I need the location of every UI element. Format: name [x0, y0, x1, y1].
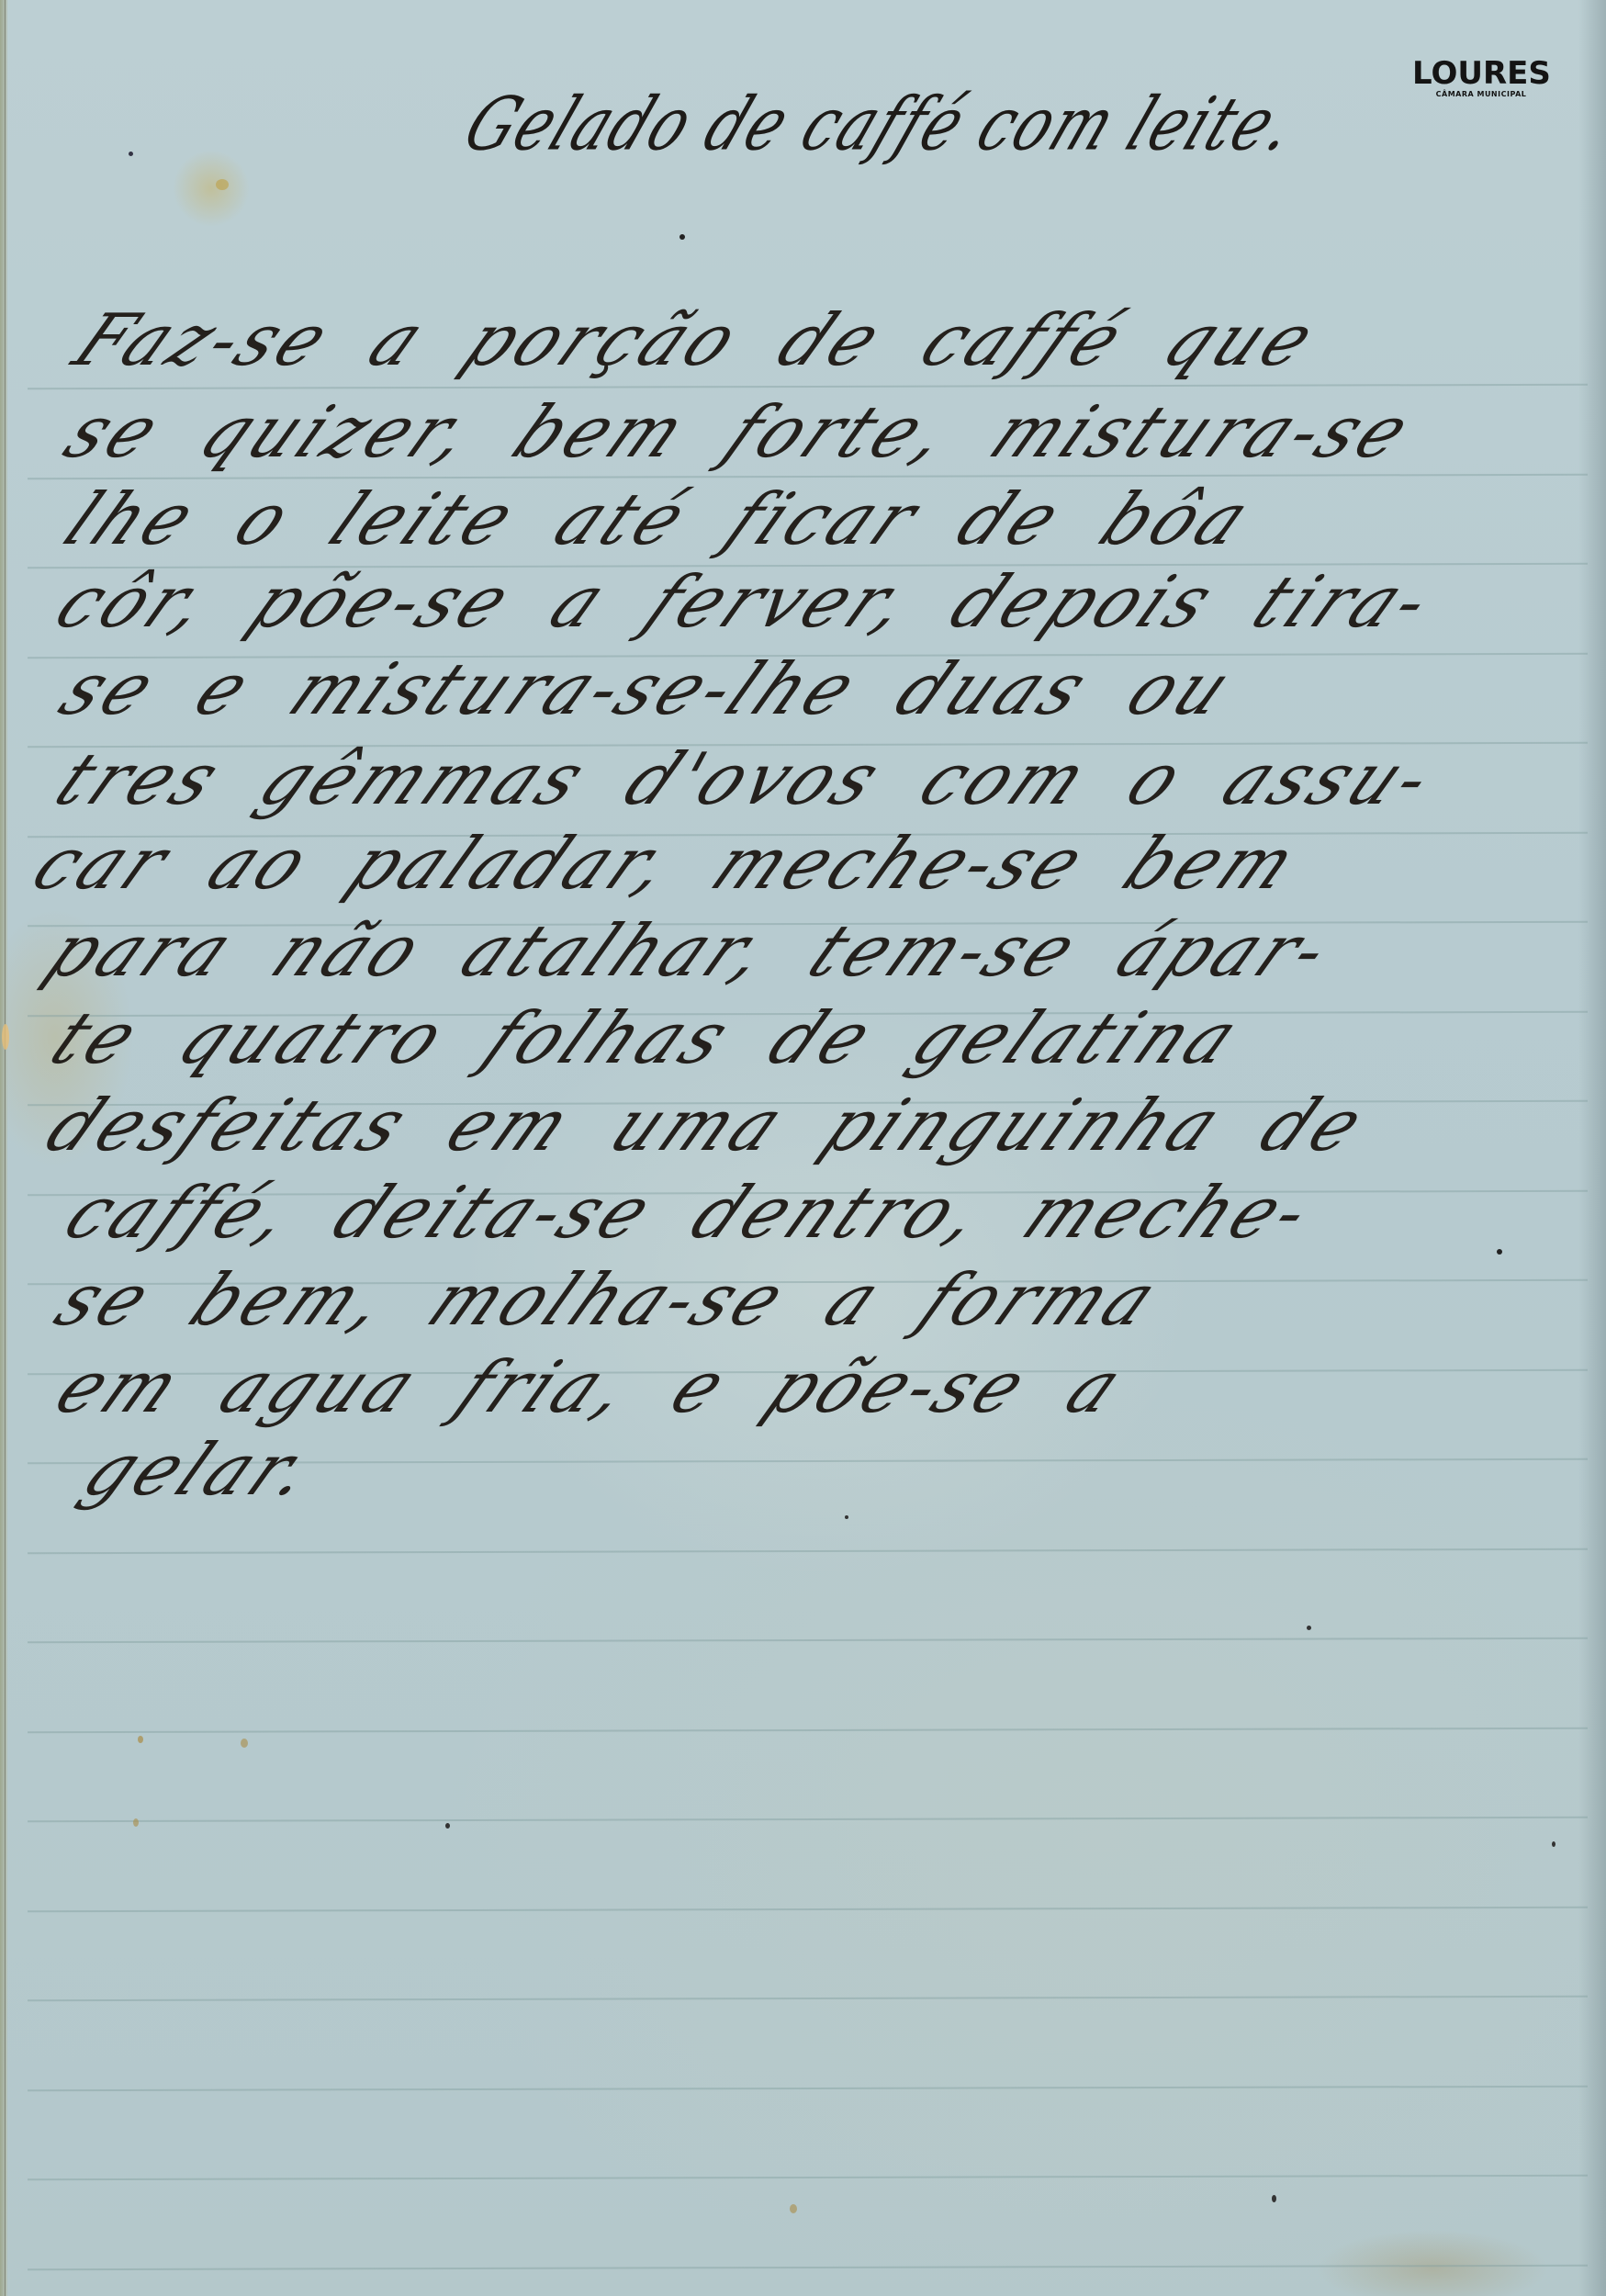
- ruled-line: [28, 384, 1588, 389]
- paper-speck: [845, 1515, 848, 1519]
- ruled-line: [28, 1907, 1588, 1912]
- paper-speck: [1272, 2195, 1276, 2202]
- ruled-line: [28, 1996, 1588, 2001]
- body-line-1: Faz-se a porção de caffé que: [60, 299, 1333, 382]
- ruled-line: [28, 1548, 1588, 1554]
- ruled-line: [28, 2265, 1588, 2270]
- edge-mark: [2, 1024, 9, 1050]
- paper-speck: [1552, 1841, 1555, 1847]
- paper-speck: [445, 1823, 450, 1829]
- paper-stain: [133, 1818, 139, 1827]
- body-line-7: car ao paladar, meche-se bem: [18, 823, 1315, 906]
- ruled-line: [28, 1728, 1588, 1733]
- ruled-line: [28, 1638, 1588, 1643]
- recipe-title: Gelado de caffé com leite.: [453, 83, 1240, 168]
- body-line-8: para não atalhar, tem-se ápar-: [32, 910, 1349, 993]
- body-line-11: caffé, deita-se dentro, meche-: [51, 1172, 1331, 1255]
- paper-speck: [129, 152, 133, 156]
- logo-wordmark: LOURES: [1412, 57, 1550, 90]
- ruled-line: [28, 2086, 1588, 2091]
- body-line-14: gelar.: [69, 1429, 333, 1512]
- ruled-line: [28, 2175, 1588, 2180]
- paper-stain: [216, 179, 229, 190]
- manuscript-page: LOURES CÂMARA MUNICIPAL Gelado de caffé …: [0, 0, 1606, 2296]
- page-binding-edge: [0, 0, 7, 2296]
- body-line-9: te quatro folhas de gelatina: [37, 997, 1257, 1080]
- body-line-5: se e mistura-se-lhe duas ou: [46, 648, 1251, 731]
- page-right-shadow: [1578, 0, 1606, 2296]
- paper-stain: [138, 1736, 143, 1743]
- body-line-10: desfeitas em uma pinguinha de: [32, 1085, 1383, 1167]
- ruled-line: [28, 1817, 1588, 1822]
- loures-logo: LOURES CÂMARA MUNICIPAL: [1412, 57, 1550, 99]
- body-line-2: se quizer, bem forte, mistura-se: [51, 391, 1429, 474]
- paper-stain: [790, 2204, 797, 2213]
- body-line-13: em agua fria, e põe-se a: [41, 1346, 1140, 1429]
- paper-speck: [1307, 1626, 1311, 1630]
- paper-stain: [241, 1739, 248, 1748]
- body-line-12: se bem, molha-se a forma: [41, 1259, 1175, 1342]
- body-line-6: tres gêmmas d'ovos com o assu-: [41, 738, 1452, 821]
- paper-speck: [1497, 1249, 1502, 1255]
- body-line-3: lhe o leite até ficar de bôa: [51, 478, 1268, 561]
- ink-dot: [679, 234, 685, 240]
- body-line-4: côr, põe-se a ferver, depois tira-: [41, 561, 1451, 644]
